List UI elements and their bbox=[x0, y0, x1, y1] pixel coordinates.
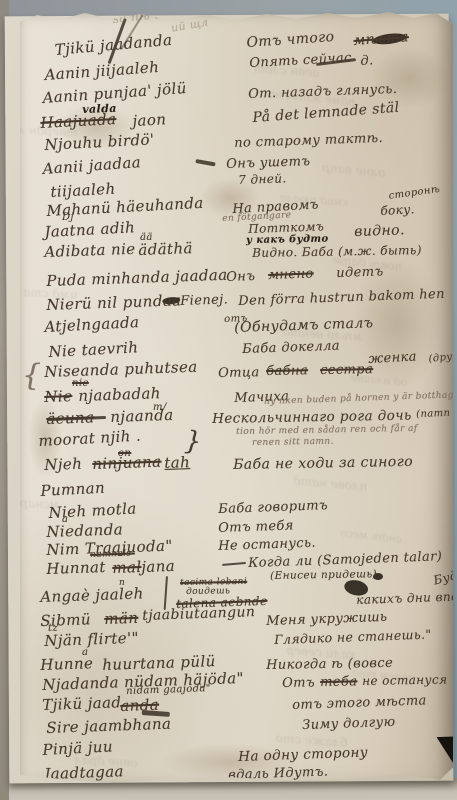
samoyed-word: tiijaaleh bbox=[50, 180, 116, 201]
manuscript-page: аевн слотпдме жтиа нетвердн лпаолне вапр… bbox=[20, 8, 453, 786]
russian-translation: мнено bbox=[268, 266, 314, 283]
swedish-note: På det lemnade stäl bbox=[252, 100, 400, 126]
russian-translation: бабна bbox=[266, 363, 308, 379]
samoyed-word: ninjuana bbox=[92, 453, 162, 473]
russian-translation: мѣста bbox=[353, 29, 409, 49]
samoyed-word: anda bbox=[120, 696, 159, 715]
russian-translation: От. назадъ глянусь. bbox=[248, 82, 398, 102]
russian-translation: Отъ чтого bbox=[246, 29, 335, 51]
russian-translation: какихъ дни впереди bbox=[356, 588, 457, 607]
russian-translation: Баба говоритъ bbox=[218, 498, 328, 517]
samoyed-word: njaanda bbox=[110, 406, 174, 426]
samoyed-word: jana bbox=[141, 557, 175, 576]
samoyed-word: Tjikü jaadanda bbox=[54, 31, 173, 59]
samoyed-word: njaabadah bbox=[78, 384, 161, 405]
samoyed-word: Atjelngaada bbox=[44, 313, 140, 336]
samoyed-word: tjaabiutaangun bbox=[142, 604, 256, 624]
ink-layer: ѕа пњ алий щлTjikü jaadandaОтъ чтогомѣст… bbox=[20, 8, 453, 786]
russian-translation: женка bbox=[368, 349, 417, 367]
russian-translation: отъ этого мѣста bbox=[292, 693, 427, 713]
russian-translation: Видно. Баба (м.ж. быть) bbox=[252, 243, 422, 260]
russian-translation: Онъ bbox=[226, 269, 256, 285]
manuscript-photo: аевн слотпдме жтиа нетвердн лпаолне вапр… bbox=[0, 0, 457, 800]
russian-translation: (Енисеи придешь) bbox=[270, 568, 377, 582]
margin-brace: { bbox=[22, 358, 42, 393]
russian-translation: Отъ bbox=[282, 675, 315, 691]
russian-translation: Глядико не станешь." bbox=[274, 627, 432, 647]
russian-translation: Опять сейчас bbox=[249, 51, 352, 71]
swedish-note: hy nken buden på hornen y är botthagen bbox=[264, 390, 457, 407]
samoyed-word: moorat njih . bbox=[38, 427, 142, 450]
russian-translation: 7 дней. bbox=[238, 171, 287, 187]
samoyed-word: Jaatna adih bbox=[44, 218, 136, 241]
interlinear-note: сторонѣ bbox=[388, 184, 441, 202]
samoyed-word: Haajuada bbox=[40, 110, 117, 132]
russian-translation: сестра bbox=[320, 362, 373, 378]
samoyed-word: jaon bbox=[132, 110, 167, 130]
samoyed-word: Puda minhanda jaadaa bbox=[46, 266, 228, 290]
samoyed-word: Adibata nie bbox=[44, 240, 136, 261]
samoyed-word: Nie taevrih bbox=[48, 338, 139, 361]
swedish-note: tion hör med en sådan ren och får af bbox=[236, 424, 418, 437]
samoyed-word: Nie bbox=[44, 387, 73, 406]
russian-translation: Зиму долгую bbox=[302, 715, 396, 733]
samoyed-word: Nierü nil pundaa bbox=[46, 291, 182, 314]
swedish-note: renen sitt namn. bbox=[252, 437, 334, 448]
samoyed-word: Angaè jaaleh bbox=[40, 584, 144, 606]
russian-translation: теба bbox=[320, 674, 358, 690]
samoyed-word: Pumnan bbox=[40, 479, 106, 500]
russian-translation: не остануся bbox=[362, 673, 447, 688]
russian-translation: Меня укружишь bbox=[266, 610, 388, 629]
russian-translation: Онъ ушетъ bbox=[226, 154, 311, 172]
swedish-note: Den förra hustrun bakom hen bbox=[238, 287, 445, 309]
interlinear-note: nidam gaajoda" bbox=[126, 683, 211, 697]
russian-translation: идетъ bbox=[336, 264, 384, 281]
russian-translation: по старому тактѣ. bbox=[234, 131, 383, 151]
samoyed-word: Pinjä juu bbox=[42, 737, 113, 759]
samoyed-word: Njouhu birdö' bbox=[44, 130, 155, 154]
swedish-note: (namn bbox=[416, 408, 451, 420]
russian-translation: Отъ тебя bbox=[218, 518, 294, 536]
samoyed-word: Sire jaambhana bbox=[46, 715, 172, 737]
samoyed-word: Tjikü jaad bbox=[42, 693, 122, 714]
russian-translation: На одну сторону bbox=[238, 744, 368, 765]
samoyed-word: Aanii jaadaa bbox=[42, 153, 142, 178]
russian-translation: Баба докелла bbox=[242, 339, 340, 357]
samoyed-word: Njeh bbox=[44, 455, 83, 474]
russian-translation: Никогда ѣ (вовсе bbox=[266, 656, 393, 673]
russian-translation: видно. bbox=[354, 222, 405, 240]
samoyed-word: Hunnat bbox=[46, 558, 106, 578]
russian-translation: (дружи bbox=[428, 350, 457, 365]
russian-translation: Не останусь. bbox=[218, 536, 316, 554]
samoyed-word: ädäthä bbox=[138, 239, 193, 259]
samoyed-word: tah bbox=[164, 453, 190, 472]
samoyed-word: mal bbox=[112, 558, 142, 577]
samoyed-word: äeuna bbox=[46, 408, 95, 428]
russian-translation: д. bbox=[360, 53, 374, 69]
samoyed-word: män bbox=[104, 609, 139, 628]
samoyed-word: Niseanda puhutsea bbox=[44, 358, 198, 381]
russian-translation: (Обнудамъ сталъ bbox=[234, 315, 374, 336]
samoyed-word: Aanin jiijaaleh bbox=[44, 58, 160, 84]
samoyed-word: Hunne bbox=[40, 654, 94, 674]
russian-translation: боку. bbox=[380, 202, 415, 218]
russian-translation: Баба не ходи за синого bbox=[233, 454, 413, 473]
samoyed-word: Njän flirte'" bbox=[44, 629, 139, 650]
samoyed-word: Fienej. bbox=[180, 292, 228, 309]
russian-translation: Будешь bbox=[432, 562, 457, 588]
russian-translation: Отца bbox=[218, 365, 260, 381]
